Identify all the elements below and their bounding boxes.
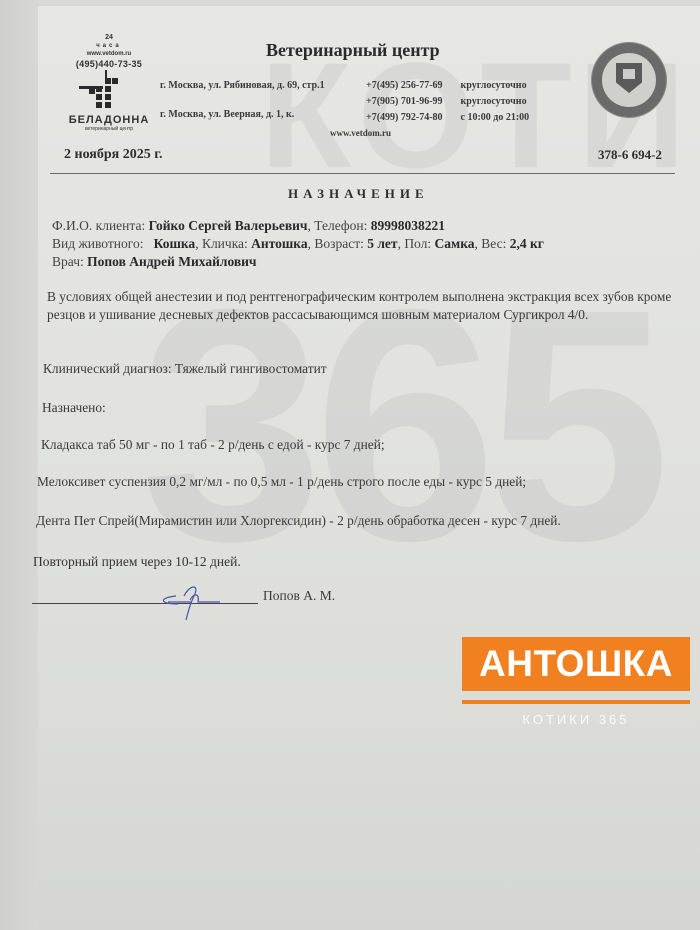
background-edge — [0, 0, 42, 930]
phone-3: +7(499) 792-74-80 с 10:00 до 21:00 — [366, 112, 529, 123]
weight-label: Вес: — [481, 236, 506, 251]
header-divider — [50, 173, 675, 174]
logo-website: www.vetdom.ru — [64, 50, 154, 58]
document-number: 378-6 694-2 — [598, 147, 662, 163]
prescribed-heading: Назначено: — [42, 400, 106, 416]
document-title: НАЗНАЧЕНИЕ — [288, 186, 429, 202]
client-label: Ф.И.О. клиента: — [52, 218, 145, 233]
signature-icon — [150, 582, 230, 622]
logo-subtitle: ветеринарный центр — [64, 126, 154, 133]
doctor-info: Врач: Попов Андрей Михайлович — [52, 254, 257, 270]
pet-weight: 2,4 кг — [510, 236, 544, 251]
procedure-description: В условиях общей анестезии и под рентген… — [47, 288, 687, 323]
phone-number: +7(495) 256-77-69 — [366, 80, 458, 91]
address-2: г. Москва, ул. Веерная, д. 1, к. — [160, 109, 294, 120]
phone-hours: круглосуточно — [461, 80, 527, 91]
brand-badge: АНТОШКА — [462, 637, 690, 691]
follow-up: Повторный прием через 10-12 дней. — [33, 554, 241, 570]
signature-name: Попов А. М. — [263, 588, 335, 604]
client-phone: 89998038221 — [371, 218, 445, 233]
diagnosis: Клинический диагноз: Тяжелый гингивостом… — [43, 361, 327, 377]
logo-hours-number: 24 — [64, 34, 154, 42]
logo-name: БЕЛАДОННА — [64, 114, 154, 126]
address-1: г. Москва, ул. Рябиновая, д. 69, стр.1 — [160, 80, 325, 91]
doctor-label: Врач: — [52, 254, 84, 269]
diagnosis-label: Клинический диагноз: — [43, 361, 172, 376]
logo-dog-icon — [79, 70, 139, 114]
logo-hours-word: часа — [64, 42, 154, 50]
clinic-title: Ветеринарный центр — [266, 40, 440, 61]
prescription-item: Кладакса таб 50 мг - по 1 таб - 2 р/день… — [41, 437, 385, 453]
phone-hours: круглосуточно — [461, 96, 527, 107]
clinic-logo: 24 часа www.vetdom.ru (495)440-73-35 БЕЛ… — [64, 34, 154, 133]
brand-title: АНТОШКА — [462, 637, 690, 691]
animal-info: Вид животного: Кошка, Кличка: Антошка, В… — [52, 236, 544, 252]
prescription-item: Мелоксивет суспензия 0,2 мг/мл - по 0,5 … — [37, 474, 526, 490]
phone-number: +7(905) 701-96-99 — [366, 96, 458, 107]
document-paper — [38, 6, 700, 930]
pet-sex: Самка — [435, 236, 475, 251]
clinic-website: www.vetdom.ru — [330, 128, 391, 138]
document-date: 2 ноября 2025 г. — [64, 147, 163, 163]
diagnosis-value: Тяжелый гингивостоматит — [175, 361, 327, 376]
pet-name: Антошка — [251, 236, 307, 251]
client-name: Гойко Сергей Валерьевич — [149, 218, 308, 233]
phone-label: Телефон: — [314, 218, 367, 233]
phone-number: +7(499) 792-74-80 — [366, 112, 458, 123]
client-info: Ф.И.О. клиента: Гойко Сергей Валерьевич,… — [52, 218, 445, 234]
age-label: Возраст: — [314, 236, 363, 251]
animal-species: Кошка — [154, 236, 196, 251]
phone-2: +7(905) 701-96-99 круглосуточно — [366, 96, 527, 107]
shield-icon — [616, 63, 642, 93]
association-seal-icon — [592, 43, 666, 117]
sex-label: Пол: — [404, 236, 431, 251]
logo-phone: (495)440-73-35 — [64, 58, 154, 70]
pet-age: 5 лет — [367, 236, 397, 251]
phone-1: +7(495) 256-77-69 круглосуточно — [366, 80, 527, 91]
brand-subtitle: КОТИКИ 365 — [462, 712, 690, 727]
doctor-name: Попов Андрей Михайлович — [87, 254, 256, 269]
brand-underline — [462, 700, 690, 704]
prescription-item: Дента Пет Спрей(Мирамистин или Хлоргекси… — [36, 513, 561, 529]
pet-name-label: Кличка: — [202, 236, 248, 251]
species-label: Вид животного: — [52, 236, 143, 251]
phone-hours: с 10:00 до 21:00 — [461, 112, 530, 123]
